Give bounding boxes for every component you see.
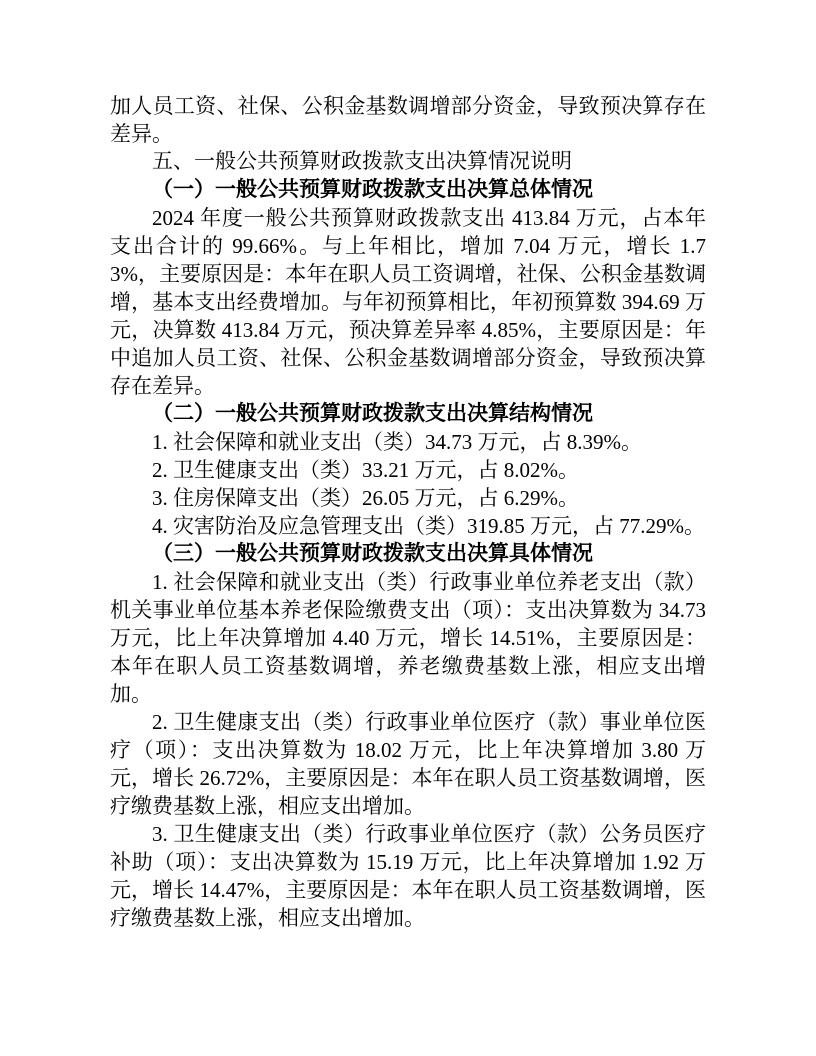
- paragraph-structure-item-2: 2. 卫生健康支出（类）33.21 万元，占 8.02%。: [110, 456, 706, 484]
- paragraph-continuation: 加人员工资、社保、公积金基数调增部分资金，导致预决算存在差异。: [110, 92, 706, 148]
- subsection-heading-1: （一）一般公共预算财政拨款支出决算总体情况: [110, 176, 706, 204]
- paragraph-structure-item-1: 1. 社会保障和就业支出（类）34.73 万元，占 8.39%。: [110, 428, 706, 456]
- paragraph-detail-item-1: 1. 社会保障和就业支出（类）行政事业单位养老支出（款）机关事业单位基本养老保险…: [110, 568, 706, 708]
- paragraph-structure-item-3: 3. 住房保障支出（类）26.05 万元，占 6.29%。: [110, 484, 706, 512]
- document-page: 加人员工资、社保、公积金基数调增部分资金，导致预决算存在差异。 五、一般公共预算…: [0, 0, 816, 1056]
- subsection-heading-2: （二）一般公共预算财政拨款支出决算结构情况: [110, 400, 706, 428]
- paragraph-overall-situation: 2024 年度一般公共预算财政拨款支出 413.84 万元，占本年支出合计的 9…: [110, 204, 706, 400]
- paragraph-detail-item-2: 2. 卫生健康支出（类）行政事业单位医疗（款）事业单位医疗（项）：支出决算数为 …: [110, 708, 706, 820]
- paragraph-structure-item-4: 4. 灾害防治及应急管理支出（类）319.85 万元，占 77.29%。: [110, 512, 706, 540]
- paragraph-detail-item-3: 3. 卫生健康支出（类）行政事业单位医疗（款）公务员医疗补助（项）：支出决算数为…: [110, 820, 706, 932]
- section-heading: 五、一般公共预算财政拨款支出决算情况说明: [110, 148, 706, 176]
- subsection-heading-3: （三）一般公共预算财政拨款支出决算具体情况: [110, 540, 706, 568]
